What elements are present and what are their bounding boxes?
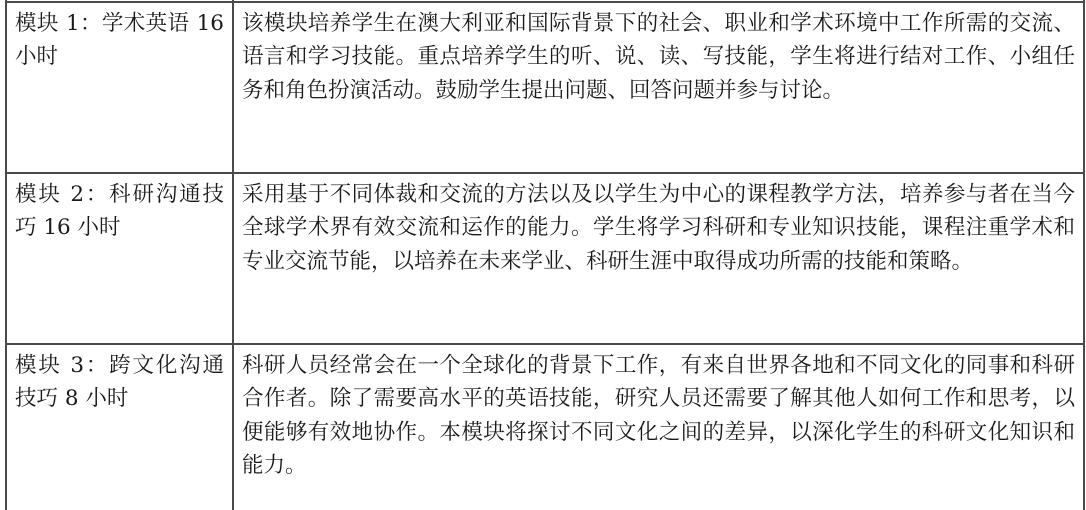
table-row: 模块 2：科研沟通技巧 16 小时 采用基于不同体裁和交流的方法以及以学生为中心… (6, 173, 1084, 344)
module-description-cell: 科研人员经常会在一个全球化的背景下工作，有来自世界各地和不同文化的同事和科研合作… (233, 344, 1084, 510)
module-description-cell: 该模块培养学生在澳大利亚和国际背景下的社会、职业和学术环境中工作所需的交流、语言… (233, 2, 1084, 173)
table-row: 模块 1：学术英语 16 小时 该模块培养学生在澳大利亚和国际背景下的社会、职业… (6, 2, 1084, 173)
module-name-cell: 模块 2：科研沟通技巧 16 小时 (6, 173, 233, 344)
table-row: 模块 3：跨文化沟通技巧 8 小时 科研人员经常会在一个全球化的背景下工作，有来… (6, 344, 1084, 510)
module-name-cell: 模块 3：跨文化沟通技巧 8 小时 (6, 344, 233, 510)
module-name-cell: 模块 1：学术英语 16 小时 (6, 2, 233, 173)
module-table: 模块 1：学术英语 16 小时 该模块培养学生在澳大利亚和国际背景下的社会、职业… (5, 0, 1085, 510)
module-description-cell: 采用基于不同体裁和交流的方法以及以学生为中心的课程教学方法，培养参与者在当今全球… (233, 173, 1084, 344)
